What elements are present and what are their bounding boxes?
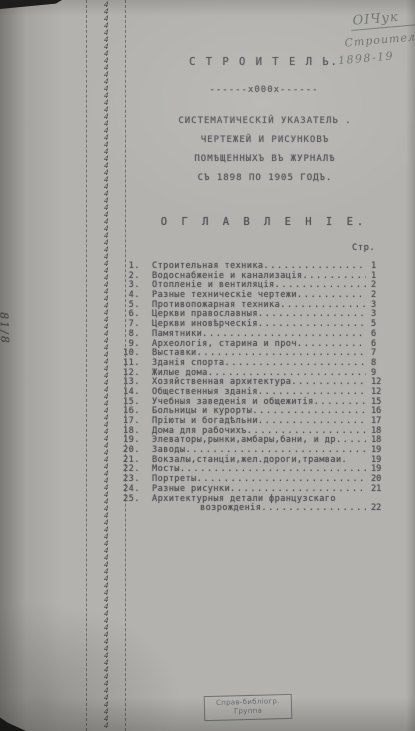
dot-leader: ........................................…	[252, 407, 366, 417]
torn-corner-top-left	[0, 0, 62, 9]
dot-leader: ........................................…	[180, 465, 366, 475]
toc-item-label: Вокзалы,станціи,жел.дороги,трамваи.	[152, 456, 347, 466]
typed-divider: ------х000х------	[153, 85, 375, 95]
toc-heading: О Г Л А В Л Е Н І Е.	[153, 216, 375, 228]
page-column-header: Стр.	[352, 243, 388, 253]
toc-item-number: 25.	[104, 495, 140, 505]
toc-row: 19.Элеваторы,рынки,амбары,бани, и др....…	[104, 436, 389, 446]
subtitle-line: СЪ 1898 ПО 1905 ГОДЪ.	[130, 169, 400, 188]
dot-leader: ........................................…	[261, 504, 366, 514]
toc-row: 7.Церкви иновѣрческія...................…	[104, 320, 389, 330]
handwritten-callmark: ОІЧук	[350, 8, 415, 31]
handwritten-annotation: ОІЧук Строител 1898-19	[336, 3, 415, 67]
toc-row: 23.Портреты.............................…	[104, 475, 389, 485]
margin-scribble: 81/8	[0, 312, 11, 345]
scanned-document-page: { "handwriting": { "callmark": "ОІЧук", …	[0, 0, 415, 731]
torn-corner-bottom-left	[0, 716, 26, 731]
toc-row: 10.Выставки.............................…	[104, 349, 389, 359]
toc-item-label-continued: возрожденія	[152, 504, 261, 514]
dot-leader: ........................................…	[291, 378, 366, 388]
toc-item-number	[104, 504, 140, 514]
toc-row-continuation: возрожденія.............................…	[104, 504, 389, 514]
toc-row: 21.Вокзалы,станціи,жел.дороги,трамваи.19	[104, 456, 389, 466]
handwritten-title-note: Строител	[344, 29, 415, 50]
subtitle-line: ПОМѢЩЕННЫХЪ ВЪ ЖУРНАЛѢ	[130, 150, 400, 169]
toc-page-number: 22	[371, 504, 389, 514]
toc-row: 11.Зданія спорта........................…	[104, 359, 389, 369]
dot-leader: ........................................…	[297, 291, 366, 301]
dot-leader: ........................................…	[303, 272, 367, 282]
dot-leader: ........................................…	[280, 301, 366, 311]
dot-leader	[347, 456, 366, 466]
subtitle-line: ЧЕРТЕЖЕЙ И РИСУНКОВЪ	[130, 131, 400, 150]
dot-leader: ........................................…	[258, 320, 366, 330]
toc-row: 22.Мосты................................…	[104, 465, 389, 475]
stitch-mark: 4	[103, 722, 110, 729]
dot-leader: ........................................…	[336, 436, 366, 446]
dot-leader: ........................................…	[224, 359, 366, 369]
toc-page-number: 21	[371, 485, 389, 495]
subtitle-line: СИСТЕМАТИЧЕСКІЙ УКАЗАТЕЛЬ .	[130, 112, 400, 131]
document-subtitle: СИСТЕМАТИЧЕСКІЙ УКАЗАТЕЛЬ .ЧЕРТЕЖЕЙ И РИ…	[130, 112, 400, 188]
dot-leader: ........................................…	[258, 417, 366, 427]
table-of-contents: 1.Строительная техника..................…	[104, 262, 389, 514]
dot-leader: ........................................…	[258, 310, 366, 320]
library-stamp: Справ-библіогр. Группа	[204, 694, 293, 721]
dot-leader: ........................................…	[297, 340, 366, 350]
dot-leader: ........................................…	[314, 398, 366, 408]
toc-row: 9.Археологія, старина и проч............…	[104, 340, 389, 350]
